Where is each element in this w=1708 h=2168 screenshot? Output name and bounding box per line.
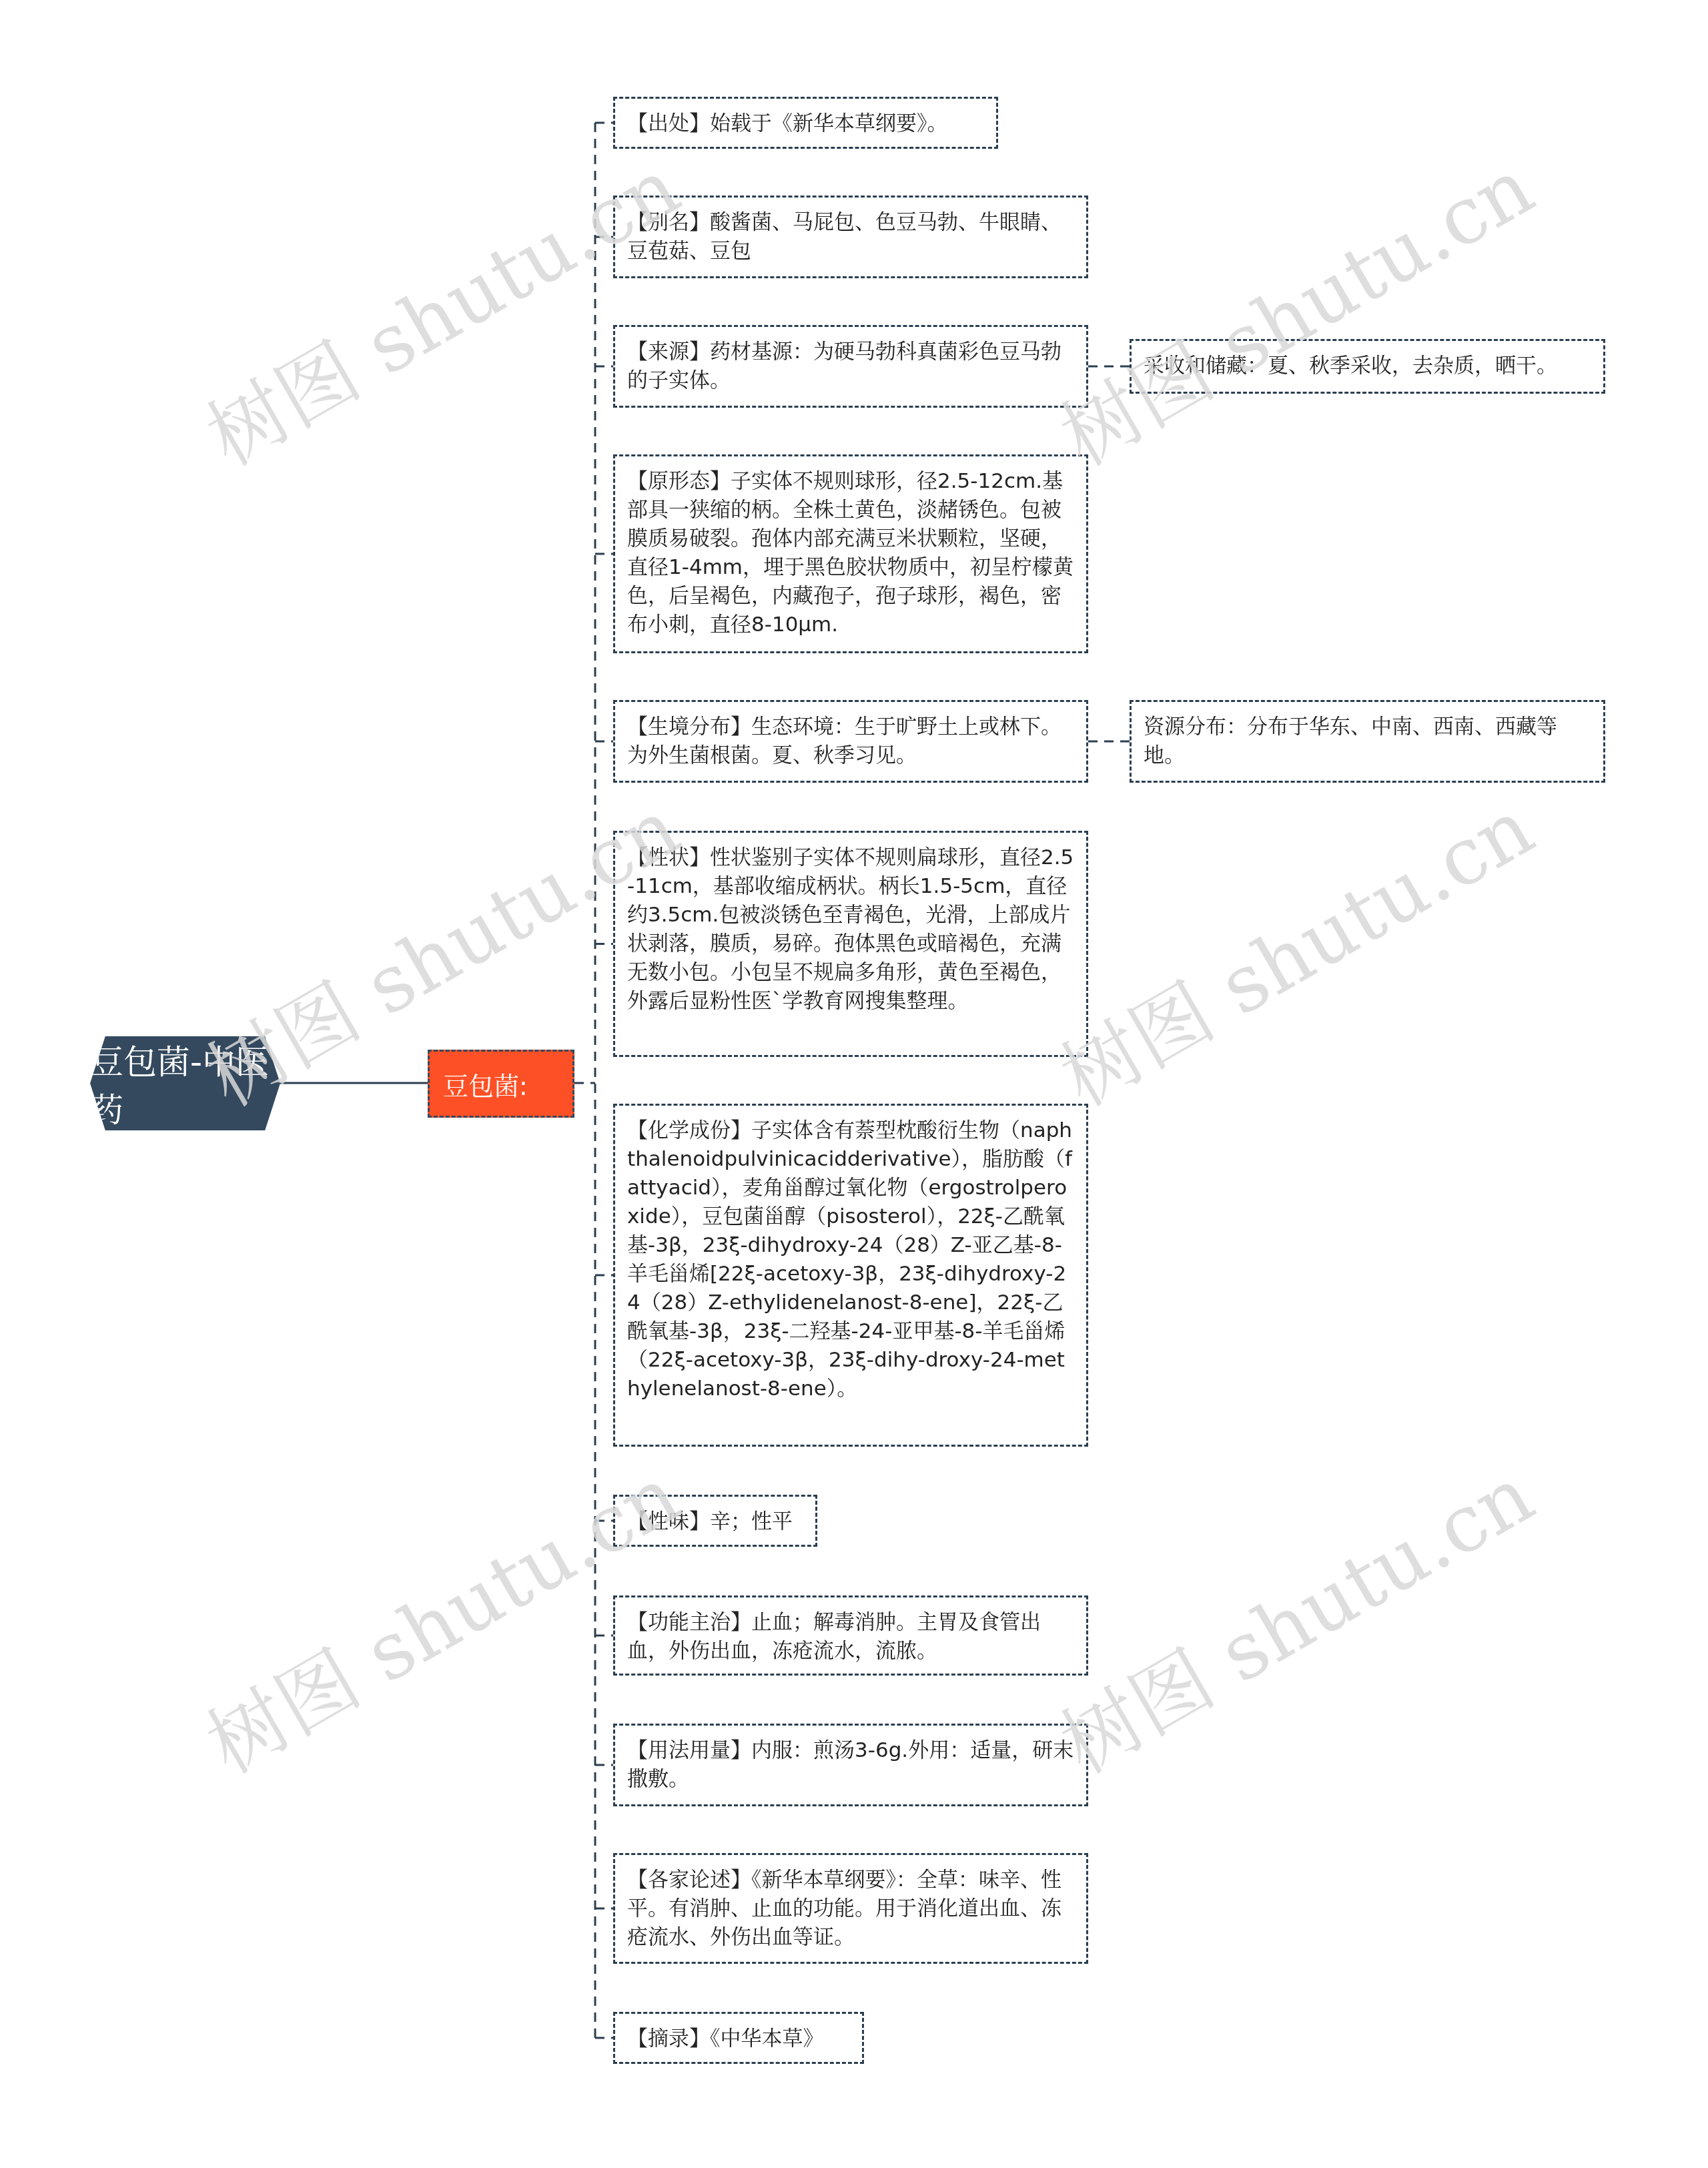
node-text: 【来源】药材基源：为硬马勃科真菌彩色豆马勃的子实体。 [627,340,1061,392]
node-text: 【别名】酸酱菌、马屁包、色豆马勃、牛眼睛、豆苞菇、豆包 [627,210,1061,263]
node-text: 【各家论述】《新华本草纲要》：全草：味辛、性平。有消肿、止血的功能。用于消化道出… [627,1868,1061,1949]
node-huaxue[interactable]: 【化学成份】子实体含有萘型枕酸衍生物（naphthalenoidpulvinic… [613,1104,1088,1447]
node-chuchu[interactable]: 【出处】始载于《新华本草纲要》。 [613,97,998,149]
node-yuanxingtai[interactable]: 【原形态】子实体不规则球形，径2.5-12cm.基部具一狭缩的柄。全株土黄色，淡… [613,454,1088,653]
node-zhailu[interactable]: 【摘录】《中华本草》 [613,2012,864,2064]
branch-node[interactable]: 豆包菌: [428,1050,574,1118]
node-gejia[interactable]: 【各家论述】《新华本草纲要》：全草：味辛、性平。有消肿、止血的功能。用于消化道出… [613,1853,1088,1964]
node-text: 【功能主治】止血；解毒消肿。主胃及食管出血，外伤出血，冻疮流水，流脓。 [627,1610,1041,1663]
node-text: 【出处】始载于《新华本草纲要》。 [627,111,948,135]
node-bieming[interactable]: 【别名】酸酱菌、马屁包、色豆马勃、牛眼睛、豆苞菇、豆包 [613,196,1088,278]
branch-label: 豆包菌: [443,1066,528,1102]
node-caishou[interactable]: 采收和储藏：夏、秋季采收，去杂质，晒干。 [1130,339,1605,394]
node-text: 【生境分布】生态环境：生于旷野土上或林下。为外生菌根菌。夏、秋季习见。 [627,715,1061,767]
node-laiyuan[interactable]: 【来源】药材基源：为硬马勃科真菌彩色豆马勃的子实体。 [613,325,1088,408]
node-text: 【用法用量】内服：煎汤3-6g.外用：适量，研末撒敷。 [627,1738,1074,1791]
root-node[interactable]: 豆包菌-中医药 [90,1036,280,1130]
node-text: 资源分布：分布于华东、中南、西南、西藏等地。 [1144,715,1557,767]
node-text: 【原形态】子实体不规则球形，径2.5-12cm.基部具一狭缩的柄。全株土黄色，淡… [627,469,1074,637]
node-gongneng[interactable]: 【功能主治】止血；解毒消肿。主胃及食管出血，外伤出血，冻疮流水，流脓。 [613,1595,1088,1676]
node-xingzhuang[interactable]: 【性状】性状鉴别子实体不规则扁球形，直径2.5-11cm，基部收缩成柄状。柄长1… [613,831,1088,1057]
node-text: 【性味】辛；性平 [627,1509,793,1533]
mindmap-canvas: 豆包菌-中医药 豆包菌: 【出处】始载于《新华本草纲要》。 【别名】酸酱菌、马屁… [0,0,1708,2168]
node-xingwei[interactable]: 【性味】辛；性平 [613,1495,817,1547]
node-shengjing[interactable]: 【生境分布】生态环境：生于旷野土上或林下。为外生菌根菌。夏、秋季习见。 [613,700,1088,783]
node-text: 【化学成份】子实体含有萘型枕酸衍生物（naphthalenoidpulvinic… [627,1118,1072,1401]
node-ziyuan[interactable]: 资源分布：分布于华东、中南、西南、西藏等地。 [1130,700,1605,783]
node-yongfa[interactable]: 【用法用量】内服：煎汤3-6g.外用：适量，研末撒敷。 [613,1724,1088,1806]
node-text: 采收和储藏：夏、秋季采收，去杂质，晒干。 [1144,354,1557,378]
node-text: 【摘录】《中华本草》 [627,2027,824,2051]
root-label: 豆包菌-中医药 [90,1036,280,1132]
node-text: 【性状】性状鉴别子实体不规则扁球形，直径2.5-11cm，基部收缩成柄状。柄长1… [627,845,1074,1013]
